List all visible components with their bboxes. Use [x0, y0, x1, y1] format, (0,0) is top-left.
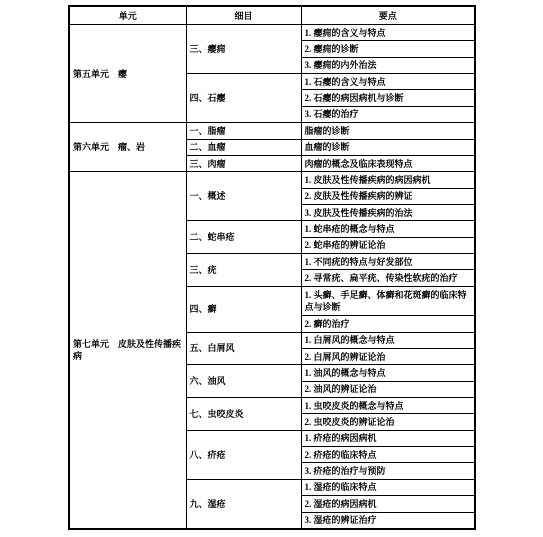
item-cell: 四、石瘿	[186, 74, 301, 123]
point-cell: 2. 癣的治疗	[301, 316, 475, 332]
point-cell: 2. 油风的辨证论治	[301, 381, 475, 397]
point-cell: 1. 瘿痈的含义与特点	[301, 25, 475, 41]
point-cell: 1. 虫咬皮炎的概念与特点	[301, 397, 475, 413]
point-cell: 血瘤的诊断	[301, 139, 475, 155]
point-cell: 1. 白屑风的概念与特点	[301, 332, 475, 348]
point-cell: 2. 寻常疣、扁平疣、传染性软疣的治疗	[301, 270, 475, 286]
point-cell: 3. 瘿痈的内外治法	[301, 57, 475, 73]
table-row: 第六单元 瘤、岩一、脂瘤脂瘤的诊断	[69, 123, 475, 139]
point-cell: 2. 蛇串疮的辨证论治	[301, 237, 475, 253]
point-cell: 1. 不同疣的特点与好发部位	[301, 254, 475, 270]
item-cell: 六、油风	[186, 365, 301, 398]
point-cell: 1. 湿疮的临床特点	[301, 479, 475, 495]
unit-cell: 第七单元 皮肤及性传播疾病	[69, 172, 186, 529]
table-body: 第五单元 瘿三、瘿痈1. 瘿痈的含义与特点2. 瘿痈的诊断3. 瘿痈的内外治法四…	[69, 25, 475, 530]
item-cell: 三、疣	[186, 254, 301, 287]
page: 单元 细目 要点 第五单元 瘿三、瘿痈1. 瘿痈的含义与特点2. 瘿痈的诊断3.…	[0, 0, 543, 537]
item-cell: 二、蛇串疮	[186, 221, 301, 254]
item-cell: 二、血瘤	[186, 139, 301, 155]
item-cell: 三、肉瘤	[186, 155, 301, 171]
item-cell: 九、湿疮	[186, 479, 301, 529]
point-cell: 肉瘤的概念及临床表现特点	[301, 155, 475, 171]
syllabus-table: 单元 细目 要点 第五单元 瘿三、瘿痈1. 瘿痈的含义与特点2. 瘿痈的诊断3.…	[68, 5, 476, 530]
table-row: 第七单元 皮肤及性传播疾病一、概述1. 皮肤及性传播疾病的病因病机	[69, 172, 475, 188]
point-cell: 2. 石瘿的病因病机与诊断	[301, 90, 475, 106]
item-cell: 一、脂瘤	[186, 123, 301, 139]
unit-cell: 第五单元 瘿	[69, 25, 186, 123]
item-cell: 八、疥疮	[186, 430, 301, 479]
item-cell: 一、概述	[186, 172, 301, 221]
column-header-points: 要点	[301, 6, 475, 25]
point-cell: 1. 蛇串疮的概念与特点	[301, 221, 475, 237]
point-cell: 3. 疥疮的治疗与预防	[301, 463, 475, 479]
unit-cell: 第六单元 瘤、岩	[69, 123, 186, 172]
point-cell: 2. 白屑风的辨证论治	[301, 348, 475, 364]
point-cell: 2. 虫咬皮炎的辨证论治	[301, 414, 475, 430]
point-cell: 2. 湿疮的病因病机	[301, 496, 475, 512]
table-row: 第五单元 瘿三、瘿痈1. 瘿痈的含义与特点	[69, 25, 475, 41]
point-cell: 脂瘤的诊断	[301, 123, 475, 139]
point-cell: 1. 疥疮的病因病机	[301, 430, 475, 446]
column-header-unit: 单元	[69, 6, 186, 25]
header-row: 单元 细目 要点	[69, 6, 475, 25]
point-cell: 1. 皮肤及性传播疾病的病因病机	[301, 172, 475, 188]
column-header-item: 细目	[186, 6, 301, 25]
item-cell: 五、白屑风	[186, 332, 301, 365]
item-cell: 三、瘿痈	[186, 25, 301, 74]
point-cell: 1. 石瘿的含义与特点	[301, 74, 475, 90]
point-cell: 2. 疥疮的临床特点	[301, 447, 475, 463]
point-cell: 2. 皮肤及性传播疾病的辨证	[301, 188, 475, 204]
point-cell: 1. 油风的概念与特点	[301, 365, 475, 381]
point-cell: 3. 石瘿的治疗	[301, 106, 475, 122]
point-cell: 2. 瘿痈的诊断	[301, 41, 475, 57]
item-cell: 七、虫咬皮炎	[186, 397, 301, 430]
item-cell: 四、癣	[186, 286, 301, 332]
point-cell: 3. 湿疮的辨证治疗	[301, 512, 475, 529]
point-cell: 3. 皮肤及性传播疾病的治法	[301, 204, 475, 220]
point-cell: 1. 头癣、手足癣、体癣和花斑癣的临床特点与诊断	[301, 286, 475, 315]
